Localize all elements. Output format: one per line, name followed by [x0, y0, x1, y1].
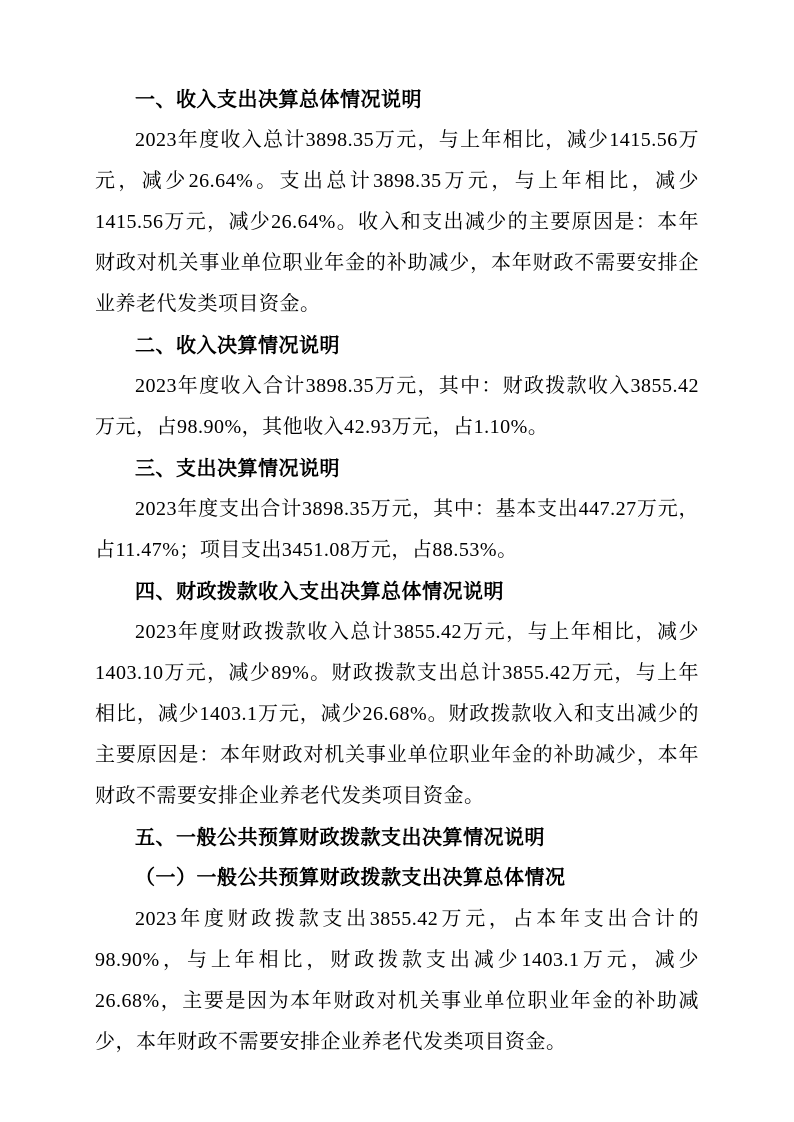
section-3-paragraph: 2023年度支出合计3898.35万元，其中：基本支出447.27万元，占11.…: [95, 489, 699, 571]
section-fiscal-appropriation-overview: 四、财政拨款收入支出决算总体情况说明 2023年度财政拨款收入总计3855.42…: [95, 571, 699, 817]
section-1-heading: 一、收入支出决算总体情况说明: [95, 79, 699, 120]
section-1-paragraph: 2023年度收入总计3898.35万元，与上年相比，减少1415.56万元，减少…: [95, 120, 699, 325]
section-2-heading: 二、收入决算情况说明: [95, 325, 699, 366]
section-5-paragraph: 2023年度财政拨款支出3855.42万元，占本年支出合计的98.90%，与上年…: [95, 899, 699, 1063]
section-5-subheading: （一）一般公共预算财政拨款支出决算总体情况: [95, 858, 699, 899]
section-income-expenditure-overview: 一、收入支出决算总体情况说明 2023年度收入总计3898.35万元，与上年相比…: [95, 79, 699, 325]
document-page: 一、收入支出决算总体情况说明 2023年度收入总计3898.35万元，与上年相比…: [0, 0, 794, 1122]
section-general-public-budget-expenditure: 五、一般公共预算财政拨款支出决算情况说明 （一）一般公共预算财政拨款支出决算总体…: [95, 817, 699, 1063]
section-5-heading: 五、一般公共预算财政拨款支出决算情况说明: [95, 817, 699, 858]
section-2-paragraph: 2023年度收入合计3898.35万元，其中：财政拨款收入3855.42万元，占…: [95, 366, 699, 448]
section-4-paragraph: 2023年度财政拨款收入总计3855.42万元，与上年相比，减少1403.10万…: [95, 612, 699, 817]
section-expenditure-statement: 三、支出决算情况说明 2023年度支出合计3898.35万元，其中：基本支出44…: [95, 448, 699, 571]
section-3-heading: 三、支出决算情况说明: [95, 448, 699, 489]
section-4-heading: 四、财政拨款收入支出决算总体情况说明: [95, 571, 699, 612]
section-income-statement: 二、收入决算情况说明 2023年度收入合计3898.35万元，其中：财政拨款收入…: [95, 325, 699, 448]
